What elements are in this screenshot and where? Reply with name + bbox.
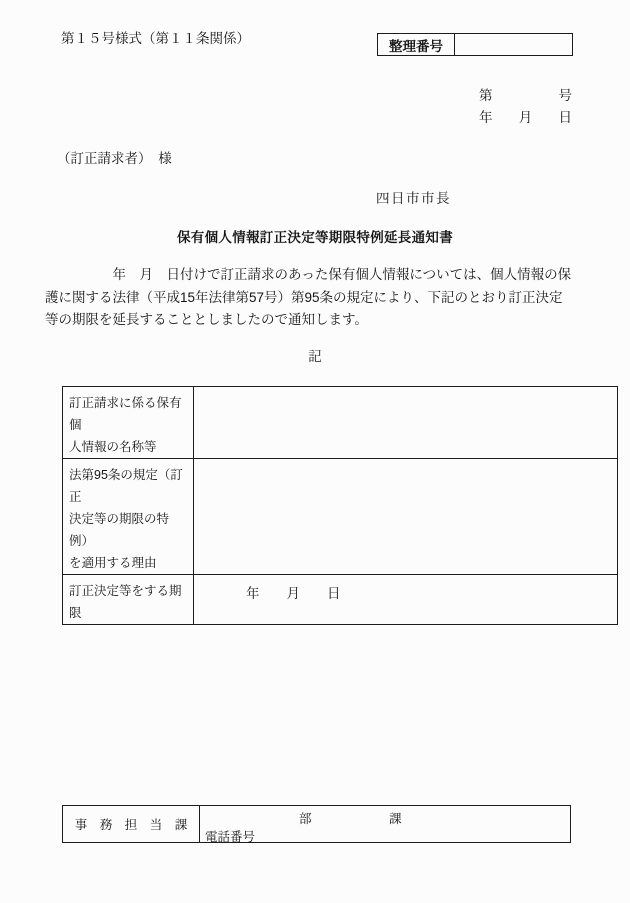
row-label-reason: 法第95条の規定（訂正 決定等の期限の特例） を適用する理由 [63, 459, 194, 575]
row-label-deadline: 訂正決定等をする期限 [63, 575, 194, 625]
reference-number-table: 整理番号 [377, 33, 573, 56]
addressee-line: （訂正請求者） 様 [57, 147, 172, 167]
document-date-line: 年 月 日 [479, 107, 572, 129]
notice-body-paragraph: 年 月 日付けで訂正請求のあった保有個人情報については、個人情報の保 護に関する… [45, 264, 577, 332]
document-page: 第１５号様式（第１１条関係） 整理番号 第 号 年 月 日 （訂正請求者） 様 … [0, 0, 630, 903]
doc-number-prefix: 第 [479, 85, 493, 107]
reference-number-value [455, 34, 573, 56]
date-year-label: 年 [479, 107, 493, 129]
table-row-personal-info-name: 訂正請求に係る保有個 人情報の名称等 [63, 387, 618, 459]
form-number: 第１５号様式（第１１条関係） [61, 27, 250, 47]
contact-table: 事 務 担 当 課 部 課 電話番号 [62, 805, 571, 843]
details-table: 訂正請求に係る保有個 人情報の名称等 法第95条の規定（訂正 決定等の期限の特例… [62, 386, 618, 625]
contact-row: 事 務 担 当 課 部 課 電話番号 [63, 806, 571, 843]
document-number-line: 第 号 [479, 85, 572, 107]
doc-number-suffix: 号 [559, 85, 573, 107]
date-day-label: 日 [559, 107, 573, 129]
table-row-reason: 法第95条の規定（訂正 決定等の期限の特例） を適用する理由 [63, 459, 618, 575]
phone-number-label: 電話番号 [205, 827, 255, 845]
document-number-block: 第 号 年 月 日 [479, 85, 572, 129]
row-value-deadline: 年 月 日 [194, 575, 618, 625]
row-label-personal-info-name: 訂正請求に係る保有個 人情報の名称等 [63, 387, 194, 459]
row-value-personal-info-name [194, 387, 618, 459]
sender-name: 四日市市長 [376, 187, 451, 207]
date-month-label: 月 [519, 107, 533, 129]
department-suffix-label: 部 [299, 809, 312, 827]
contact-department-label: 事 務 担 当 課 [63, 806, 200, 843]
row-value-reason [194, 459, 618, 575]
reference-number-label: 整理番号 [378, 34, 455, 56]
record-marker: 記 [0, 345, 630, 365]
contact-details-cell: 部 課 電話番号 [200, 806, 571, 843]
section-suffix-label: 課 [389, 809, 402, 827]
document-title: 保有個人情報訂正決定等期限特例延長通知書 [0, 226, 630, 246]
reference-number-row: 整理番号 [378, 34, 573, 56]
table-row-deadline: 訂正決定等をする期限 年 月 日 [63, 575, 618, 625]
